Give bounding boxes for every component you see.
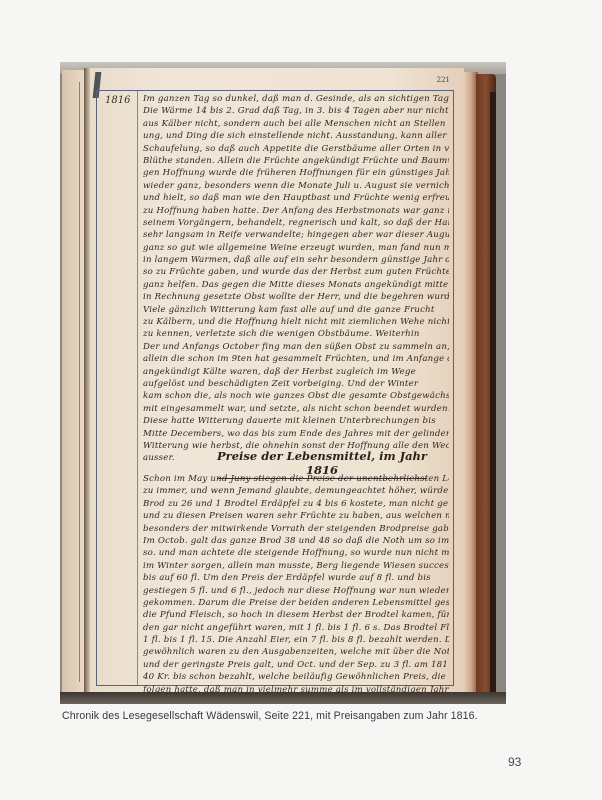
handwritten-line: allein die schon im 9ten hat gesammelt F… [143,353,449,365]
handwritten-line: mit eingesammelt war, und setzte, als ni… [143,403,449,415]
handwritten-line: Die Wärme 14 bis 2. Grad daß Tag, in 3. … [143,105,449,117]
handwritten-line: seinem Vorgängern, behandelt, regnerisch… [143,217,449,229]
handwritten-line: in Rechnung gesetzte Obst wollte der Her… [143,291,449,303]
handwritten-line: Blüthe standen. Allein die Früchte angek… [143,155,449,167]
handwritten-line: Schaufelung, so daß auch Appetite die Ge… [143,143,449,155]
handwritten-line: wieder ganz, besonders wenn die Monate J… [143,180,449,192]
handwritten-line: aus Kälber nicht, sondern auch bei alle … [143,118,449,130]
handwritten-line: zu Kälbern, und die Hoffnung hielt nicht… [143,316,449,328]
handwritten-line: gekommen. Darum die Preise der beiden an… [143,597,449,609]
handwritten-line: und hielt, so daß man wie den Hauptbast … [143,192,449,204]
handwritten-line: den gar nicht angeführt waren, mit 1 fl.… [143,622,449,634]
handwritten-line: und der geringste Preis galt, und Oct. u… [143,659,449,671]
manuscript-page-number: 221 [437,76,450,84]
handwritten-line: im Winter sorgen, allein man musste, Ber… [143,560,449,572]
handwritten-line: 40 Kr. bis schon bezahlt, welche beiläuf… [143,671,449,683]
handwritten-line: Im Octob. galt das ganze Brod 38 und 48 … [143,535,449,547]
handwritten-line: gestiegen 5 fl. und 6 fl., jedoch nur di… [143,585,449,597]
handwritten-line: Der und Anfangs October fing man den süß… [143,341,449,353]
handwritten-line: und zu diesen Preisen waren sehr Früchte… [143,510,449,522]
handwritten-line: gen Hoffnung wurde die früheren Hoffnung… [143,167,449,179]
handwritten-line: kam schon die, als noch wie ganzes Obst … [143,390,449,402]
cover-shadow [490,92,496,692]
handwritten-line: ung, und Ding die sich einstellende nich… [143,130,449,142]
margin-year: 1816 [105,95,130,106]
handwritten-line: Diese hatte Witterung dauerte mit kleine… [143,415,449,427]
handwritten-line: angekündigt Kälte waren, daß der Herbst … [143,366,449,378]
handwritten-line: in langem Warmen, daß alle auf ein sehr … [143,254,449,266]
handwritten-line: gewöhnlich waren zu den Ausgabenzeiten, … [143,646,449,658]
handwritten-line: sehr langsam in Reife verwandelte; hinge… [143,229,449,241]
handwritten-line: Brod zu 26 und 1 Brodtel Erdäpfel zu 4 b… [143,498,449,510]
page-number: 93 [508,755,521,769]
handwritten-line: bis auf 60 fl. Um den Preis der Erdäpfel… [143,572,449,584]
handwritten-line: zu Hoffnung haben hatte. Der Anfang des … [143,205,449,217]
handwritten-text-top: Im ganzen Tag so dunkel, daß man d. Gesi… [143,93,449,465]
handwritten-line: aufgelöst und beschädigten Zeit vorbeigi… [143,378,449,390]
handwritten-line: zu immer, und wenn Jemand glaubte, demun… [143,485,449,497]
handwritten-line: 1 fl. bis 1 fl. 15. Die Anzahl Eier, ein… [143,634,449,646]
handwritten-line: zu kennen, verletzte sich die wenigen Ob… [143,328,449,340]
handwritten-line: so zu Früchte gaben, und wurde das der H… [143,266,449,278]
photo-bottom-shadow [60,692,506,704]
handwritten-line: Viele gänzlich Witterung kam fast alle a… [143,304,449,316]
handwritten-line: Im ganzen Tag so dunkel, daß man d. Gesi… [143,93,449,105]
ruled-frame: 1816 Im ganzen Tag so dunkel, daß man d.… [96,90,454,686]
handwritten-line: so. und man achtete die steigende Hoffnu… [143,547,449,559]
handwritten-line: ganz so gut wie allgemeine Weine erzeugt… [143,242,449,254]
handwritten-line: ganz helfen. Das gegen die Mitte dieses … [143,279,449,291]
handwritten-line: Schon im May und Juny stiegen die Preise… [143,473,449,485]
left-page-edge [62,70,85,700]
book-photograph: 221 1816 Im ganzen Tag so dunkel, daß ma… [60,62,506,704]
left-page-rule [79,82,80,682]
handwritten-line: die Pfund Fleisch, so hoch in diesem Her… [143,609,449,621]
handwritten-line: Mitte Decembers, wo das bis zum Ende des… [143,428,449,440]
margin-column: 1816 [97,91,138,685]
right-page: 221 1816 Im ganzen Tag so dunkel, daß ma… [90,68,464,698]
figure-caption: Chronik des Lesegesellschaft Wädenswil, … [62,710,478,722]
handwritten-line: besonders der mitwirkende Vorrath der st… [143,523,449,535]
handwritten-text-bottom: Schon im May und Juny stiegen die Preise… [143,473,449,696]
